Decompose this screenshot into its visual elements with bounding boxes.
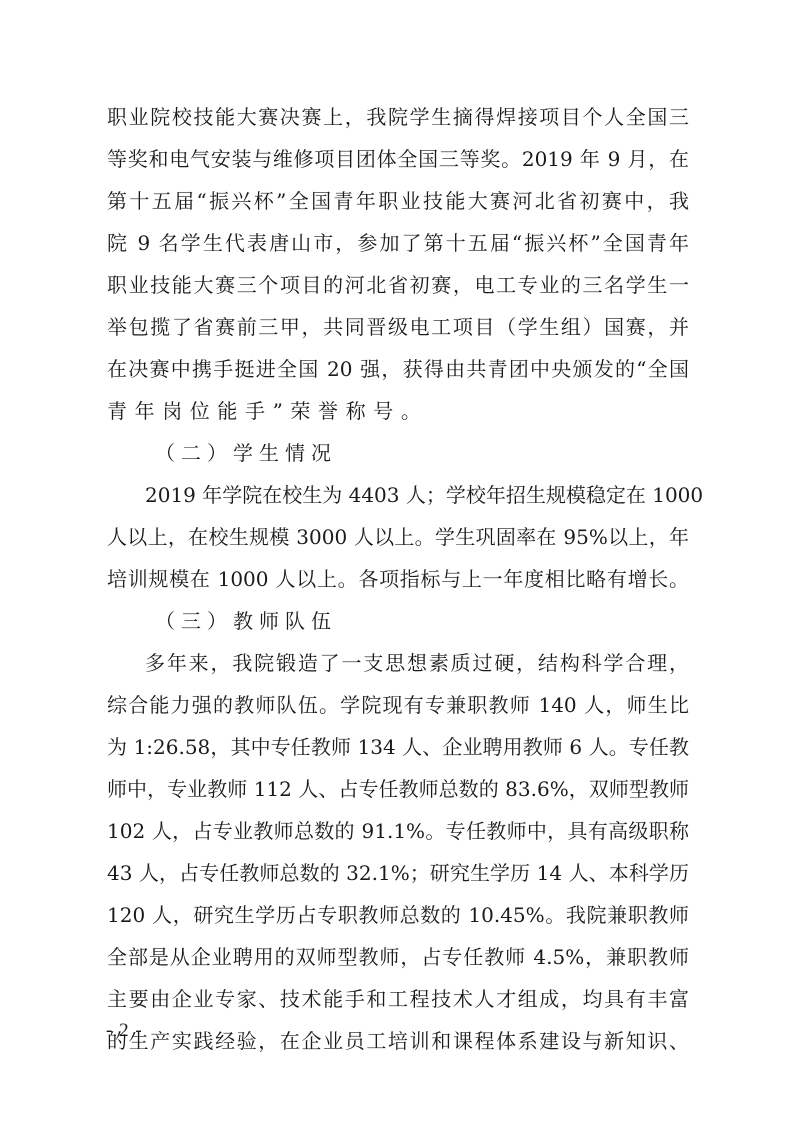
text-line: 102 人，占专业教师总数的 91.1%。专任教师中，具有高级职称 xyxy=(107,810,689,852)
text-line: 2019 年学院在校生为 4403 人；学校年招生规模稳定在 1000 xyxy=(107,474,689,516)
paragraph-competition-awards: 职业院校技能大赛决赛上，我院学生摘得焊接项目个人全国三 等奖和电气安装与维修项目… xyxy=(107,96,689,432)
text-line: 在决赛中携手挺进全国 20 强，获得由共青团中央颁发的“全国 xyxy=(107,348,689,390)
text-line: 师中，专业教师 112 人、占专任教师总数的 83.6%，双师型教师 xyxy=(107,768,689,810)
text-line: 的生产实践经验，在企业员工培训和课程体系建设与新知识、 xyxy=(107,1020,689,1062)
document-page: 职业院校技能大赛决赛上，我院学生摘得焊接项目个人全国三 等奖和电气安装与维修项目… xyxy=(0,0,793,1122)
text-line: 举包揽了省赛前三甲，共同晋级电工项目（学生组）国赛，并 xyxy=(107,306,689,348)
text-line: 院 9 名学生代表唐山市，参加了第十五届“振兴杯”全国青年 xyxy=(107,222,689,264)
text-line: 青年岗位能手”荣誉称号。 xyxy=(107,390,689,432)
page-number: - 2 - xyxy=(106,1020,143,1042)
text-line: 综合能力强的教师队伍。学院现有专兼职教师 140 人，师生比 xyxy=(107,684,689,726)
text-line: 43 人，占专任教师总数的 32.1%；研究生学历 14 人、本科学历 xyxy=(107,852,689,894)
section-heading-teachers: （三）教师队伍 xyxy=(107,600,689,642)
section-heading-students: （二）学生情况 xyxy=(107,432,689,474)
document-body: 职业院校技能大赛决赛上，我院学生摘得焊接项目个人全国三 等奖和电气安装与维修项目… xyxy=(107,96,689,1062)
text-line: 多年来，我院锻造了一支思想素质过硬，结构科学合理， xyxy=(107,642,689,684)
paragraph-teacher-stats: 多年来，我院锻造了一支思想素质过硬，结构科学合理， 综合能力强的教师队伍。学院现… xyxy=(107,642,689,1062)
text-line: 为 1:26.58，其中专任教师 134 人、企业聘用教师 6 人。专任教 xyxy=(107,726,689,768)
text-line: 职业技能大赛三个项目的河北省初赛，电工专业的三名学生一 xyxy=(107,264,689,306)
text-line: 主要由企业专家、技术能手和工程技术人才组成，均具有丰富 xyxy=(107,978,689,1020)
text-line: 全部是从企业聘用的双师型教师，占专任教师 4.5%，兼职教师 xyxy=(107,936,689,978)
paragraph-student-stats: 2019 年学院在校生为 4403 人；学校年招生规模稳定在 1000 人以上，… xyxy=(107,474,689,600)
text-line: 第十五届“振兴杯”全国青年职业技能大赛河北省初赛中，我 xyxy=(107,180,689,222)
text-line: 120 人，研究生学历占专职教师总数的 10.45%。我院兼职教师 xyxy=(107,894,689,936)
text-line: 培训规模在 1000 人以上。各项指标与上一年度相比略有增长。 xyxy=(107,558,689,600)
text-line: 等奖和电气安装与维修项目团体全国三等奖。2019 年 9 月，在 xyxy=(107,138,689,180)
text-line: 职业院校技能大赛决赛上，我院学生摘得焊接项目个人全国三 xyxy=(107,96,689,138)
text-line: 人以上，在校生规模 3000 人以上。学生巩固率在 95%以上，年 xyxy=(107,516,689,558)
